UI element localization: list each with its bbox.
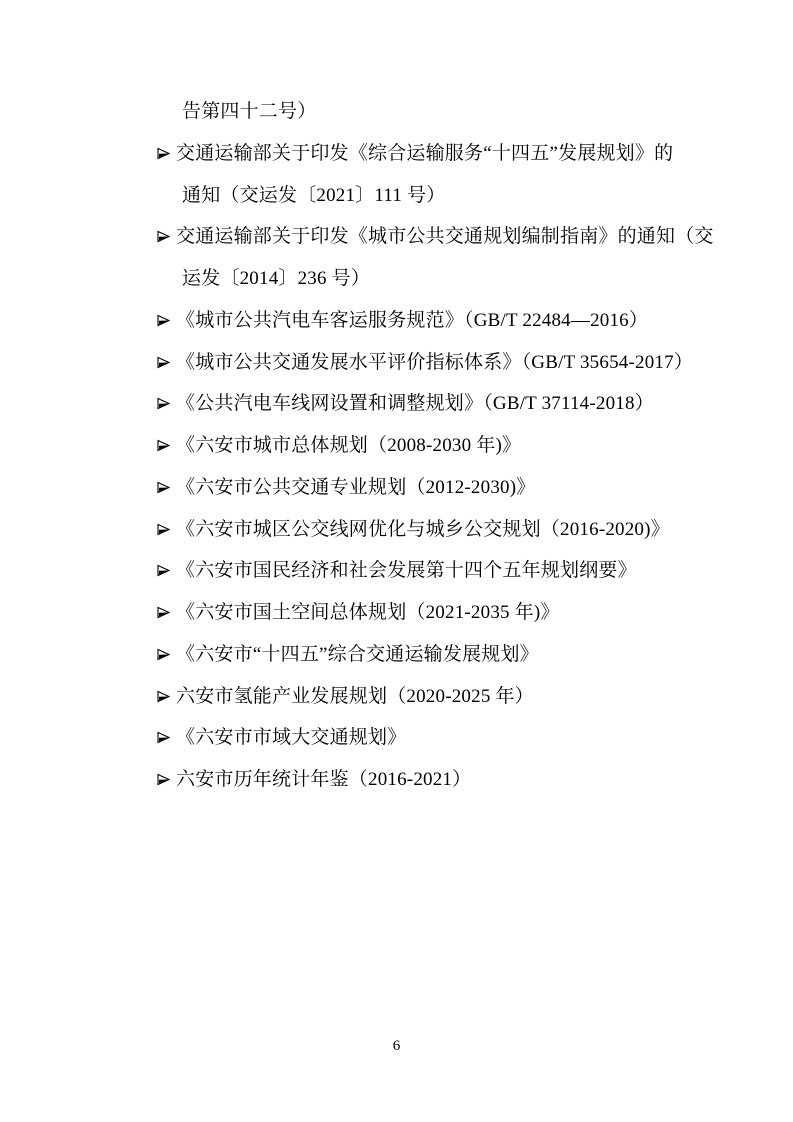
arrow-bullet-icon: [157, 717, 170, 759]
list-item-text: 《六安市市域大交通规划》: [176, 727, 406, 748]
list-item: 《六安市国土空间总体规划（2021-2035 年)》: [0, 592, 793, 634]
list-item: 告第四十二号）: [0, 91, 793, 133]
list-item: 六安市氢能产业发展规划（2020-2025 年）: [0, 676, 793, 718]
document-page: 告第四十二号）交通运输部关于印发《综合运输服务“十四五”发展规划》的通知（交运发…: [0, 0, 793, 1122]
list-item-text: 《六安市城区公交线网优化与城乡公交规划（2016-2020)》: [176, 519, 670, 540]
arrow-bullet-icon: [157, 425, 170, 467]
list-item: 《六安市“十四五”综合交通运输发展规划》: [0, 634, 793, 676]
list-item-text: 《六安市国土空间总体规划（2021-2035 年)》: [176, 602, 560, 623]
list-item-text: 《城市公共交通发展水平评价指标体系》（GB/T 35654-2017）: [176, 352, 693, 373]
list-item-text: 告第四十二号）: [182, 101, 316, 122]
page-number: 6: [0, 1036, 793, 1056]
list-item: 《六安市市域大交通规划》: [0, 717, 793, 759]
list-item: 交通运输部关于印发《城市公共交通规划编制指南》的通知（交: [0, 216, 793, 258]
list-item: 《公共汽电车线网设置和调整规划》（GB/T 37114-2018）: [0, 383, 793, 425]
arrow-bullet-icon: [157, 342, 170, 384]
list-item-text: 六安市氢能产业发展规划（2020-2025 年）: [176, 686, 534, 707]
list-item: 交通运输部关于印发《综合运输服务“十四五”发展规划》的: [0, 133, 793, 175]
arrow-bullet-icon: [157, 592, 170, 634]
list-item-text: 通知（交运发〔2021〕111 号）: [182, 185, 445, 206]
list-item-text: 《城市公共汽电车客运服务规范》（GB/T 22484—2016）: [176, 310, 648, 331]
arrow-bullet-icon: [157, 676, 170, 718]
list-item: 六安市历年统计年鉴（2016-2021）: [0, 759, 793, 801]
list-item: 《六安市公共交通专业规划（2012-2030)》: [0, 467, 793, 509]
arrow-bullet-icon: [157, 509, 170, 551]
arrow-bullet-icon: [157, 634, 170, 676]
list-item-text: 《六安市“十四五”综合交通运输发展规划》: [176, 644, 539, 665]
list-item-text: 交通运输部关于印发《城市公共交通规划编制指南》的通知（交: [176, 226, 714, 247]
arrow-bullet-icon: [157, 383, 170, 425]
list-item-text: 《六安市国民经济和社会发展第十四个五年规划纲要》: [176, 560, 637, 581]
list-item: 《六安市国民经济和社会发展第十四个五年规划纲要》: [0, 550, 793, 592]
list-item: 《城市公共汽电车客运服务规范》（GB/T 22484—2016）: [0, 300, 793, 342]
list-item-text: 《六安市城市总体规划（2008-2030 年)》: [176, 435, 521, 456]
list-item-text: 运发〔2014〕236 号）: [182, 268, 370, 289]
arrow-bullet-icon: [157, 467, 170, 509]
list-item: 《六安市城市总体规划（2008-2030 年)》: [0, 425, 793, 467]
list-item-continuation: 运发〔2014〕236 号）: [0, 258, 793, 300]
list-item-text: 交通运输部关于印发《综合运输服务“十四五”发展规划》的: [176, 143, 673, 164]
list-item: 《城市公共交通发展水平评价指标体系》（GB/T 35654-2017）: [0, 342, 793, 384]
list-item-text: 六安市历年统计年鉴（2016-2021）: [176, 769, 471, 790]
list-item-text: 《六安市公共交通专业规划（2012-2030)》: [176, 477, 535, 498]
arrow-bullet-icon: [157, 550, 170, 592]
reference-list: 告第四十二号）交通运输部关于印发《综合运输服务“十四五”发展规划》的通知（交运发…: [0, 91, 793, 801]
list-item: 《六安市城区公交线网优化与城乡公交规划（2016-2020)》: [0, 509, 793, 551]
list-item-text: 《公共汽电车线网设置和调整规划》（GB/T 37114-2018）: [176, 393, 654, 414]
list-item-continuation: 通知（交运发〔2021〕111 号）: [0, 175, 793, 217]
arrow-bullet-icon: [157, 759, 170, 801]
arrow-bullet-icon: [157, 216, 170, 258]
arrow-bullet-icon: [157, 300, 170, 342]
arrow-bullet-icon: [157, 133, 170, 175]
